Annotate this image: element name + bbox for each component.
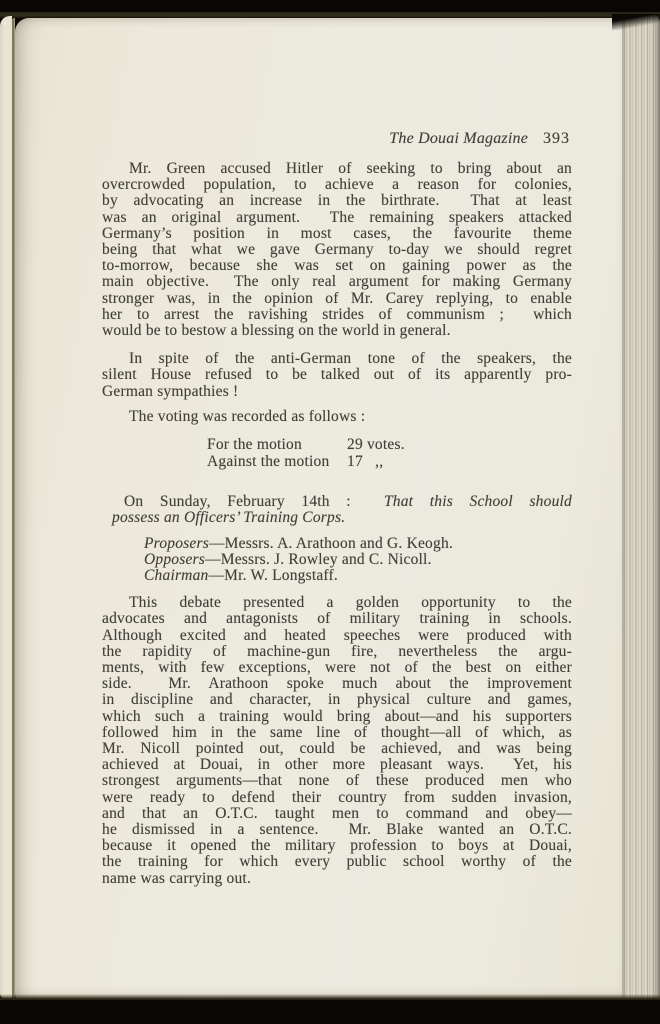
text-line: Germany’s position in most cases, the fa… xyxy=(102,226,572,242)
text-line: was an original argument. The remaining … xyxy=(102,210,572,226)
text-line: achieved at Douai, in other more pleasan… xyxy=(102,757,572,773)
paragraph-green-speech: Mr. Green accused Hitler of seeking to b… xyxy=(102,161,572,339)
book-photograph: { "header": { "title": "The Douai Magazi… xyxy=(0,0,660,1024)
text-line: were ready to defend their country from … xyxy=(102,790,572,806)
text-line: the rapidity of machine-gun fire, nevert… xyxy=(102,644,572,660)
text-line: main objective. The only real argument f… xyxy=(102,274,572,290)
text-line: overcrowded population, to achieve a rea… xyxy=(102,177,572,193)
vote-row: For the motion29 votes. xyxy=(207,436,572,453)
text-line: Mr. Nicoll pointed out, could be achieve… xyxy=(102,741,572,757)
text-line: This debate presented a golden opportuni… xyxy=(102,595,572,611)
text-line: strongest arguments—that none of these p… xyxy=(102,773,572,789)
text-line: the training for which every public scho… xyxy=(102,854,572,870)
vote-label: Against the motion xyxy=(207,453,347,470)
text-line: followed him in the same line of thought… xyxy=(102,725,572,741)
voting-results: For the motion29 votes.Against the motio… xyxy=(207,436,572,470)
text-line: In spite of the anti-German tone of the … xyxy=(102,351,572,367)
text-line: Although excited and heated speeches wer… xyxy=(102,628,572,644)
paragraph-debate-summary: This debate presented a golden opportuni… xyxy=(102,595,572,887)
text-line: German sympathies ! xyxy=(102,384,572,400)
text-line: On Sunday, February 14th : That this Sch… xyxy=(112,494,572,510)
text-line: possess an Officers’ Training Corps. xyxy=(112,510,572,526)
text-line: which such a training would bring about—… xyxy=(102,709,572,725)
participant-line: Opposers—Messrs. J. Rowley and C. Nicoll… xyxy=(144,552,572,568)
participant-line: Proposers—Messrs. A. Arathoon and G. Keo… xyxy=(144,536,572,552)
text-line: being that what we gave Germany to-day w… xyxy=(102,242,572,258)
running-header: The Douai Magazine393 xyxy=(102,130,572,148)
text-line: by advocating an increase in the birthra… xyxy=(102,193,572,209)
text-line: advocates and antagonists of military tr… xyxy=(102,611,572,627)
text-line: ments, with few exceptions, were not of … xyxy=(102,660,572,676)
text-line: and that an O.T.C. taught men to command… xyxy=(102,806,572,822)
text-line: to-morrow, because she was set on gainin… xyxy=(102,258,572,274)
fore-edge-pages xyxy=(622,14,660,1008)
vote-value: 17 ,, xyxy=(347,453,383,470)
book-page: The Douai Magazine393 Mr. Green accused … xyxy=(15,18,622,1000)
text-line: because it opened the military professio… xyxy=(102,838,572,854)
motion-paragraph: On Sunday, February 14th : That this Sch… xyxy=(102,494,572,526)
vote-label: For the motion xyxy=(207,436,347,453)
vote-row: Against the motion17 ,, xyxy=(207,453,572,470)
page-text-column: The Douai Magazine393 Mr. Green accused … xyxy=(102,130,572,887)
page-number: 393 xyxy=(543,130,570,147)
book-cover-top xyxy=(0,0,660,12)
paragraph-voting-intro: The voting was recorded as follows : xyxy=(102,409,572,425)
text-line: side. Mr. Arathoon spoke much about the … xyxy=(102,676,572,692)
text-line: name was carrying out. xyxy=(102,871,572,887)
page-body: Mr. Green accused Hitler of seeking to b… xyxy=(102,161,572,887)
text-line: her to arrest the ravishing strides of c… xyxy=(102,307,572,323)
running-header-title: The Douai Magazine xyxy=(389,130,528,147)
fore-edge-top-shadow xyxy=(612,14,660,30)
text-line: The voting was recorded as follows : xyxy=(102,409,572,425)
paragraph-house-sympathies: In spite of the anti-German tone of the … xyxy=(102,351,572,400)
text-line: silent House refused to be talked out of… xyxy=(102,367,572,383)
text-line: stronger was, in the opinion of Mr. Care… xyxy=(102,291,572,307)
vote-value: 29 votes. xyxy=(347,436,405,453)
text-line: he dismissed in a sentence. Mr. Blake wa… xyxy=(102,822,572,838)
facing-page-edge xyxy=(0,16,12,998)
book-cover-bottom xyxy=(0,1000,660,1024)
text-line: Mr. Green accused Hitler of seeking to b… xyxy=(102,161,572,177)
participants: Proposers—Messrs. A. Arathoon and G. Keo… xyxy=(144,536,572,584)
participant-line: Chairman—Mr. W. Longstaff. xyxy=(144,568,572,584)
text-line: would be to bestow a blessing on the wor… xyxy=(102,323,572,339)
text-line: in discipline and character, in physical… xyxy=(102,692,572,708)
